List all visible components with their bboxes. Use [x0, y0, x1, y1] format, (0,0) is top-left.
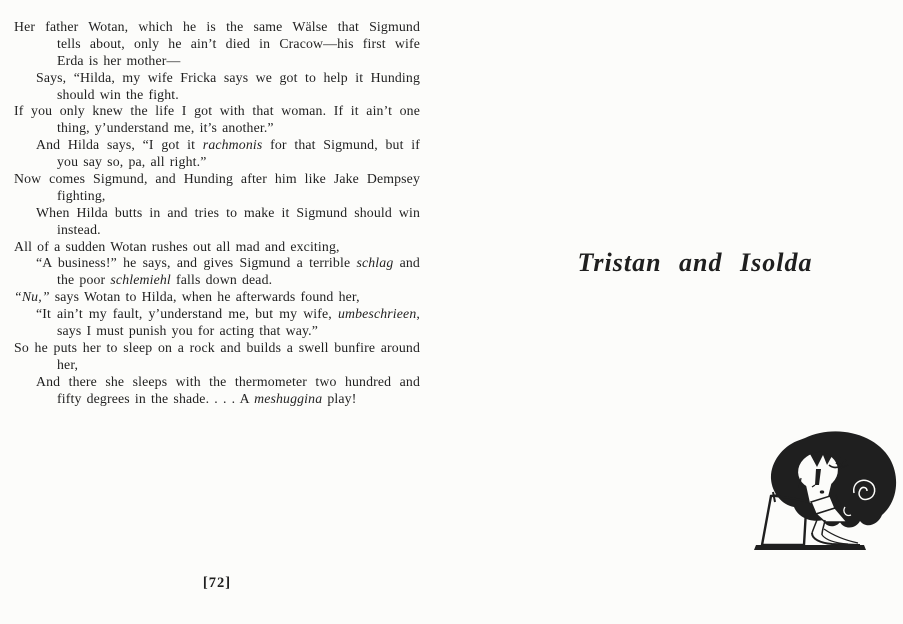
verse-line: And Hilda says, “I got it rachmonis for …	[14, 137, 420, 154]
verse-line: When Hilda butts in and tries to make it…	[14, 205, 420, 222]
verse-line: Now comes Sigmund, and Hunding after him…	[14, 171, 420, 188]
verse-line: says I must punish you for acting that w…	[14, 323, 420, 340]
torso-right-shape	[822, 520, 825, 535]
verse-line: thing, y’understand me, it’s another.”	[14, 120, 420, 137]
right-earring-shape	[836, 502, 841, 507]
train-outline-shape	[812, 533, 860, 545]
base-bar-shape	[754, 545, 866, 550]
left-earring-shape	[798, 485, 802, 489]
verse-line: “It ain’t my fault, y’understand me, but…	[14, 306, 420, 323]
verse-line: should win the fight.	[14, 87, 420, 104]
train-fold2-shape	[824, 529, 858, 543]
book-spread: Her father Wotan, which he is the same W…	[0, 0, 903, 624]
verse-line: “Nu,” says Wotan to Hilda, when he after…	[14, 289, 420, 306]
verse-line: her,	[14, 357, 420, 374]
chapter-title: Tristan and Isolda	[560, 248, 830, 278]
verse-line: And there she sleeps with the thermomete…	[14, 374, 420, 391]
verse-line: So he puts her to sleep on a rock and bu…	[14, 340, 420, 357]
verse-line: fifty degrees in the shade. . . . A mesh…	[14, 391, 420, 408]
verse-line: Her father Wotan, which he is the same W…	[14, 19, 420, 36]
verse-lines: Her father Wotan, which he is the same W…	[14, 19, 420, 407]
mouth-shape	[820, 490, 824, 493]
verse-line: the poor schlemiehl falls down dead.	[14, 272, 420, 289]
isolda-caricature-illustration	[750, 425, 900, 560]
verse-line: “A business!” he says, and gives Sigmund…	[14, 255, 420, 272]
verse-line: Says, “Hilda, my wife Fricka says we got…	[14, 70, 420, 87]
verse-line: tells about, only he ain’t died in Craco…	[14, 36, 420, 53]
verse-line: If you only knew the life I got with tha…	[14, 103, 420, 120]
verse-line: fighting,	[14, 188, 420, 205]
verse-line: Erda is her mother—	[14, 53, 420, 70]
verse-line: All of a sudden Wotan rushes out all mad…	[14, 239, 420, 256]
verse-line: you say so, pa, all right.”	[14, 154, 420, 171]
verse-line: instead.	[14, 222, 420, 239]
page-number: [72]	[14, 575, 420, 592]
